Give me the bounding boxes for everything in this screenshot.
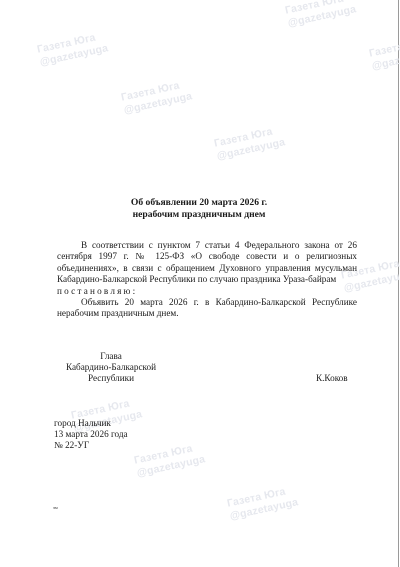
watermark-line1: Газета Юга xyxy=(120,78,191,105)
watermark-line2: @gazetayuga xyxy=(287,3,358,30)
watermark-line2: @gazetayuga xyxy=(229,496,300,523)
watermark-line2: @gazetayuga xyxy=(371,46,400,73)
watermark: Газета Юга @gazetayuga xyxy=(36,30,110,70)
document-title: Об объявлении 20 марта 2026 г. нерабочим… xyxy=(0,197,398,221)
watermark-line1: Газета Юга xyxy=(36,30,107,57)
title-line-1: Об объявлении 20 марта 2026 г. xyxy=(0,197,398,209)
position-line-2: Кабардино-Балкарской xyxy=(56,362,166,373)
watermark: Газета Юга @gazetayuga xyxy=(120,78,194,118)
title-line-2: нерабочим праздничным днем xyxy=(0,209,398,221)
document-body: В соответствии с пунктом 7 статьи 4 Феде… xyxy=(57,240,357,320)
watermark: Газета Юга @gazetayuga xyxy=(226,484,300,524)
issuance-place: город Нальчик xyxy=(54,418,128,429)
decree-word: постановляю: xyxy=(57,286,357,297)
position-line-1: Глава xyxy=(56,351,166,362)
issuance-date: 13 марта 2026 года xyxy=(54,429,128,440)
document-page: Газета Юга @gazetayuga Газета Юга @gazet… xyxy=(0,0,399,567)
signatory-name: К.Коков xyxy=(316,373,348,384)
watermark-line2: @gazetayuga xyxy=(123,90,194,117)
watermark: Газета Юга @gazetayuga xyxy=(133,441,207,481)
watermark-line2: @gazetayuga xyxy=(216,136,287,163)
watermark-line2: @gazetayuga xyxy=(39,42,110,69)
issuance-details: город Нальчик 13 марта 2026 года № 22-УГ xyxy=(54,418,128,451)
watermark-line2: @gazetayuga xyxy=(136,453,207,480)
decree-paragraph: Объявить 20 марта 2026 г. в Кабардино-Ба… xyxy=(57,297,357,320)
document-number: № 22-УГ xyxy=(54,440,128,451)
watermark: Газета Юга @gazetayuga xyxy=(368,34,400,74)
signatory-position: Глава Кабардино-Балкарской Республики xyxy=(56,351,166,384)
watermark-line1: Газета Юга xyxy=(226,484,297,511)
watermark-line1: Газета Юга xyxy=(284,0,355,18)
preamble-paragraph: В соответствии с пунктом 7 статьи 4 Феде… xyxy=(57,240,357,286)
position-line-3: Республики xyxy=(56,373,166,384)
footer-mark: эм xyxy=(53,505,58,510)
watermark: Газета Юга @gazetayuga xyxy=(284,0,358,30)
watermark-line1: Газета Юга xyxy=(213,124,284,151)
watermark-line1: Газета Юга xyxy=(368,34,400,61)
watermark-line1: Газета Юга xyxy=(133,441,204,468)
watermark: Газета Юга @gazetayuga xyxy=(213,124,287,164)
